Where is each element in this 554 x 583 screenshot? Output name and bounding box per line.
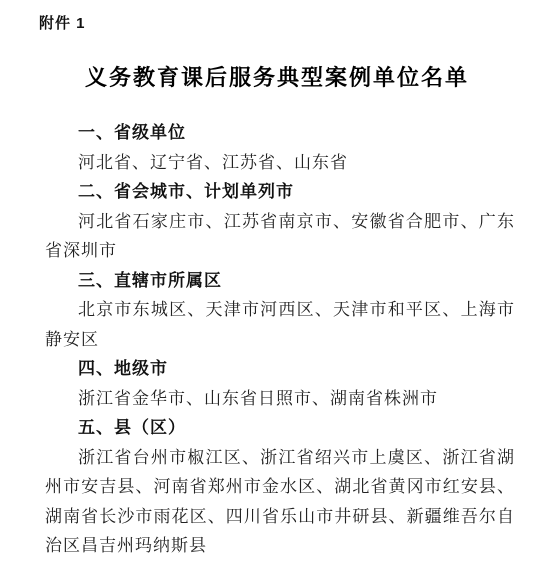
section-heading: 三、直辖市所属区 (45, 266, 515, 296)
document-body: 一、省级单位 河北省、辽宁省、江苏省、山东省 二、省会城市、计划单列市 河北省石… (45, 118, 515, 561)
section-municipality-districts: 三、直辖市所属区 北京市东城区、天津市河西区、天津市和平区、上海市静安区 (45, 266, 515, 355)
attachment-label: 附件 1 (39, 12, 86, 33)
section-body-text: 河北省石家庄市、江苏省南京市、安徽省合肥市、广东省深圳市 (45, 207, 515, 266)
section-heading: 一、省级单位 (45, 118, 515, 148)
section-body-text: 北京市东城区、天津市河西区、天津市和平区、上海市静安区 (45, 295, 515, 354)
section-prefecture-cities: 四、地级市 浙江省金华市、山东省日照市、湖南省株洲市 (45, 354, 515, 413)
section-provincial: 一、省级单位 河北省、辽宁省、江苏省、山东省 (45, 118, 515, 177)
section-body-text: 河北省、辽宁省、江苏省、山东省 (45, 148, 515, 178)
section-capital-cities: 二、省会城市、计划单列市 河北省石家庄市、江苏省南京市、安徽省合肥市、广东省深圳… (45, 177, 515, 266)
document-title: 义务教育课后服务典型案例单位名单 (0, 61, 554, 92)
section-body-text: 浙江省台州市椒江区、浙江省绍兴市上虞区、浙江省湖州市安吉县、河南省郑州市金水区、… (45, 443, 515, 561)
section-body-text: 浙江省金华市、山东省日照市、湖南省株洲市 (45, 384, 515, 414)
document-page: 附件 1 义务教育课后服务典型案例单位名单 一、省级单位 河北省、辽宁省、江苏省… (0, 0, 554, 583)
section-counties: 五、县（区） 浙江省台州市椒江区、浙江省绍兴市上虞区、浙江省湖州市安吉县、河南省… (45, 413, 515, 561)
section-heading: 四、地级市 (45, 354, 515, 384)
section-heading: 五、县（区） (45, 413, 515, 443)
section-heading: 二、省会城市、计划单列市 (45, 177, 515, 207)
